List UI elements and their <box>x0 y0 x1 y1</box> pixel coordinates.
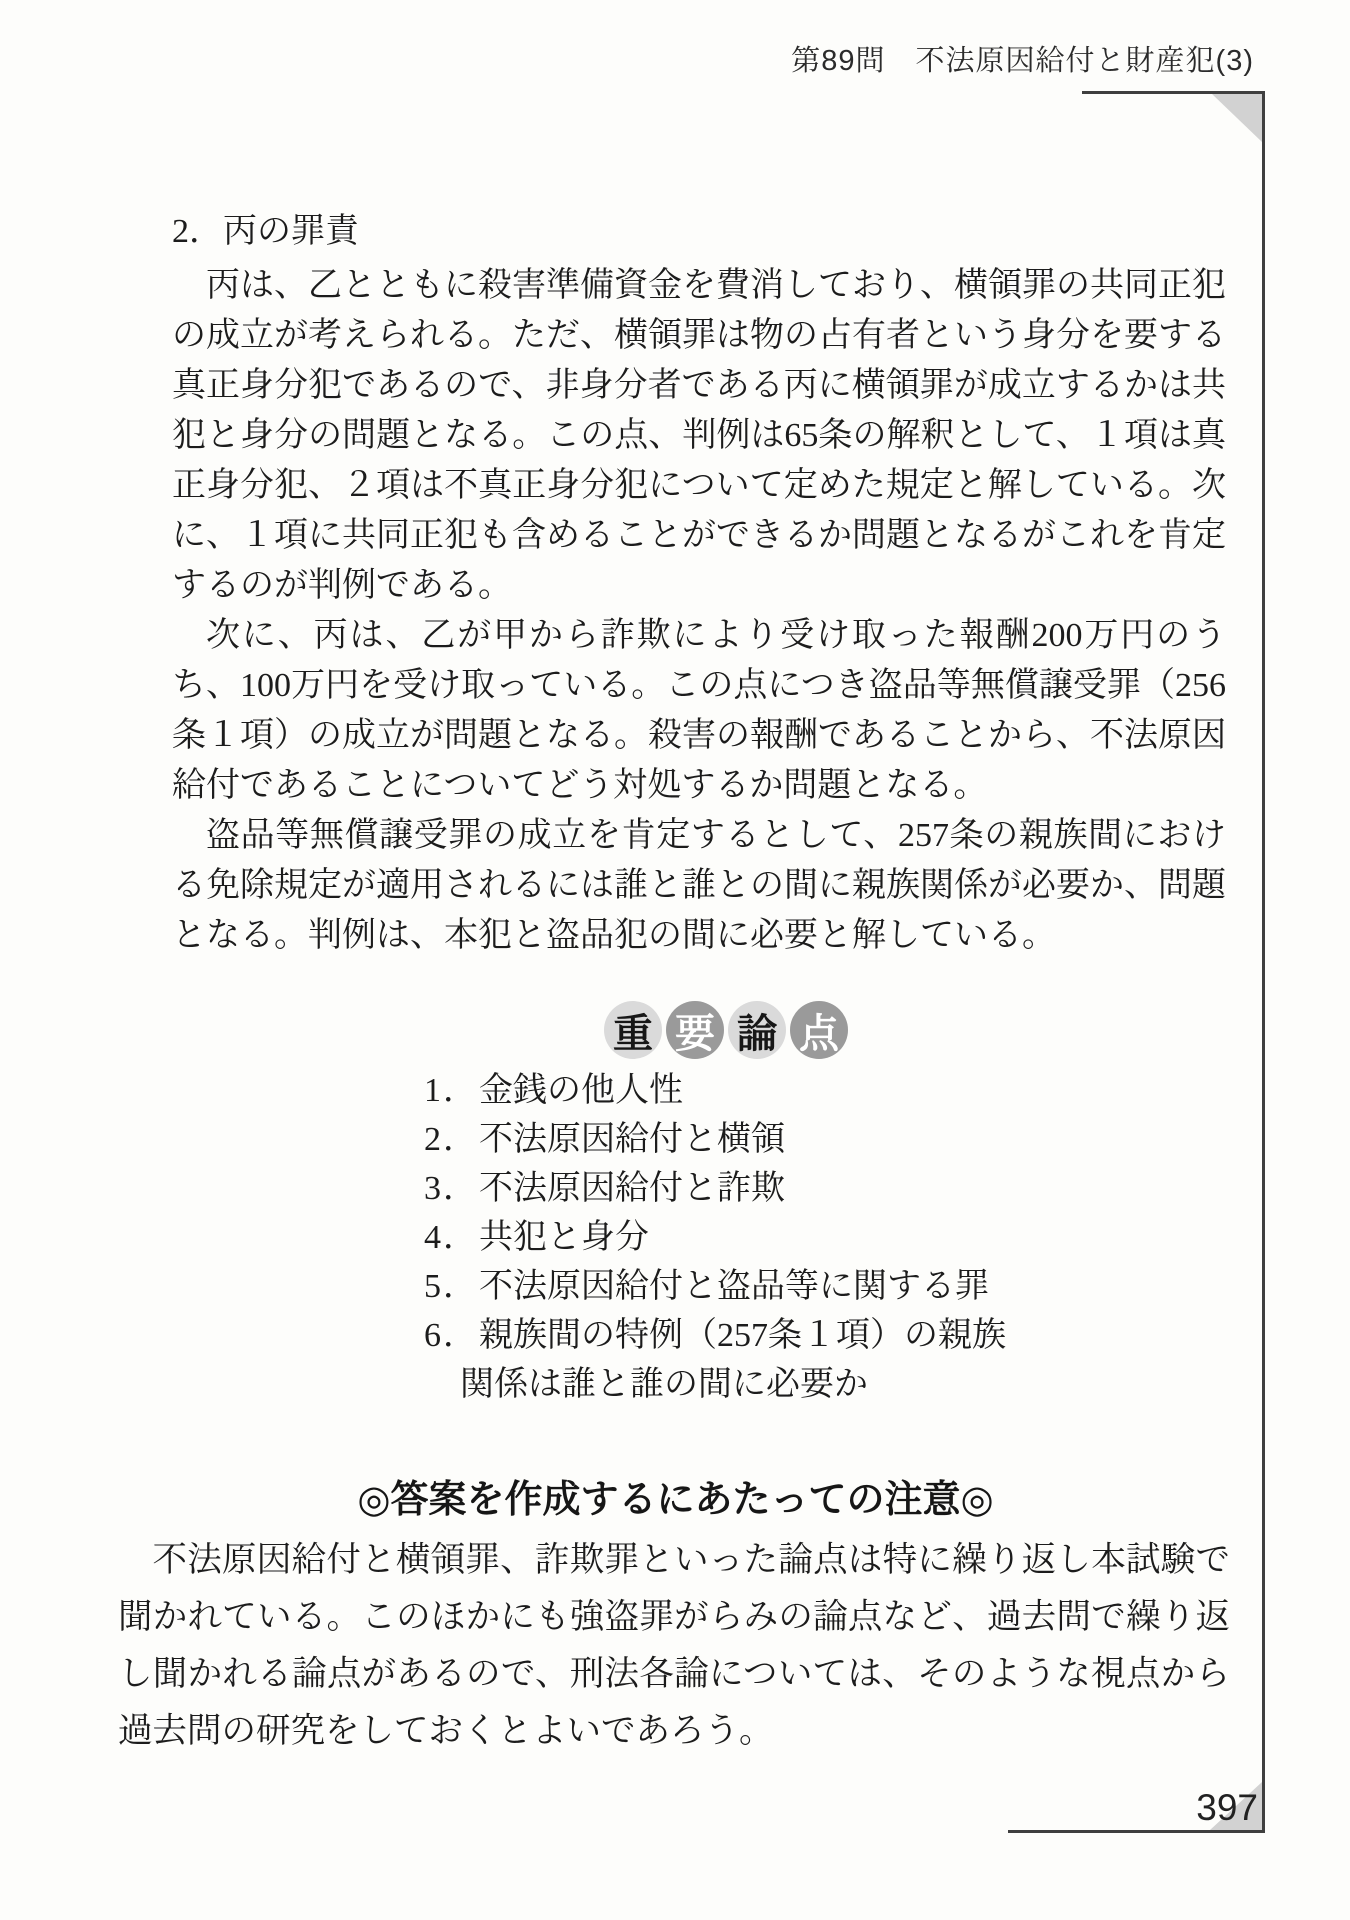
list-item-wrap-line: 関係は誰と誰の間に必要か <box>424 1360 1006 1409</box>
key-points-list: 1．金銭の他人性 2．不法原因給付と横領 3．不法原因給付と詐欺 4．共犯と身分… <box>424 1066 1006 1409</box>
notice-paragraph: 不法原因給付と横領罪、詐欺罪といった論点は特に繰り返し本試験で聞かれている。この… <box>118 1532 1230 1760</box>
frame-bottom-line <box>1008 1830 1265 1833</box>
body-paragraph-3: 盗品等無償譲受罪の成立を肯定するとして、257条の親族間における免除規定が適用さ… <box>172 811 1226 961</box>
page-number: 397 <box>1140 1787 1258 1829</box>
running-head: 第89問 不法原因給付と財産犯(3) <box>791 38 1254 79</box>
list-item: 6．親族間の特例（257条１項）の親族 <box>424 1311 1006 1360</box>
list-item-text: 不法原因給付と詐欺 <box>479 1170 785 1207</box>
badge-circle-3: 論 <box>728 1001 786 1059</box>
list-item-text: 共犯と身分 <box>479 1219 649 1256</box>
list-item: 4．共犯と身分 <box>424 1213 1006 1262</box>
list-item-number: 1． <box>424 1072 479 1109</box>
list-item-number: 6． <box>424 1317 479 1354</box>
body-paragraph-2: 次に、丙は、乙が甲から詐欺により受け取った報酬200万円のうち、100万円を受け… <box>172 611 1226 811</box>
list-item-text: 不法原因給付と盗品等に関する罪 <box>479 1268 989 1305</box>
body-paragraph-1: 丙は、乙とともに殺害準備資金を費消しており、横領罪の共同正犯の成立が考えられる。… <box>172 261 1226 611</box>
book-page: 第89問 不法原因給付と財産犯(3) 2．丙の罪責 丙は、乙とともに殺害準備資金… <box>0 0 1350 1920</box>
list-item-text: 親族間の特例（257条１項）の親族 <box>479 1317 1006 1354</box>
badge-circle-4: 点 <box>790 1001 848 1059</box>
frame-right-line <box>1262 91 1265 1833</box>
badge-circle-1: 重 <box>604 1001 662 1059</box>
frame-top-line <box>1082 91 1265 94</box>
list-item: 3．不法原因給付と詐欺 <box>424 1164 1006 1213</box>
list-item: 1．金銭の他人性 <box>424 1066 1006 1115</box>
section-heading: 2．丙の罪責 <box>172 207 1226 257</box>
corner-triangle-top-icon <box>1212 94 1262 142</box>
list-item-text: 不法原因給付と横領 <box>479 1121 785 1158</box>
list-item-number: 4． <box>424 1219 479 1256</box>
list-item: 5．不法原因給付と盗品等に関する罪 <box>424 1262 1006 1311</box>
list-item: 2．不法原因給付と横領 <box>424 1115 1006 1164</box>
badge-circle-2: 要 <box>666 1001 724 1059</box>
list-item-number: 3． <box>424 1170 479 1207</box>
list-item-number: 2． <box>424 1121 479 1158</box>
list-item-text: 金銭の他人性 <box>479 1072 683 1109</box>
main-text-block: 2．丙の罪責 丙は、乙とともに殺害準備資金を費消しており、横領罪の共同正犯の成立… <box>172 207 1226 961</box>
list-item-number: 5． <box>424 1268 479 1305</box>
notice-heading: ◎答案を作成するにあたっての注意◎ <box>118 1478 1233 1522</box>
key-points-badge: 重 要 論 点 <box>604 1001 848 1059</box>
